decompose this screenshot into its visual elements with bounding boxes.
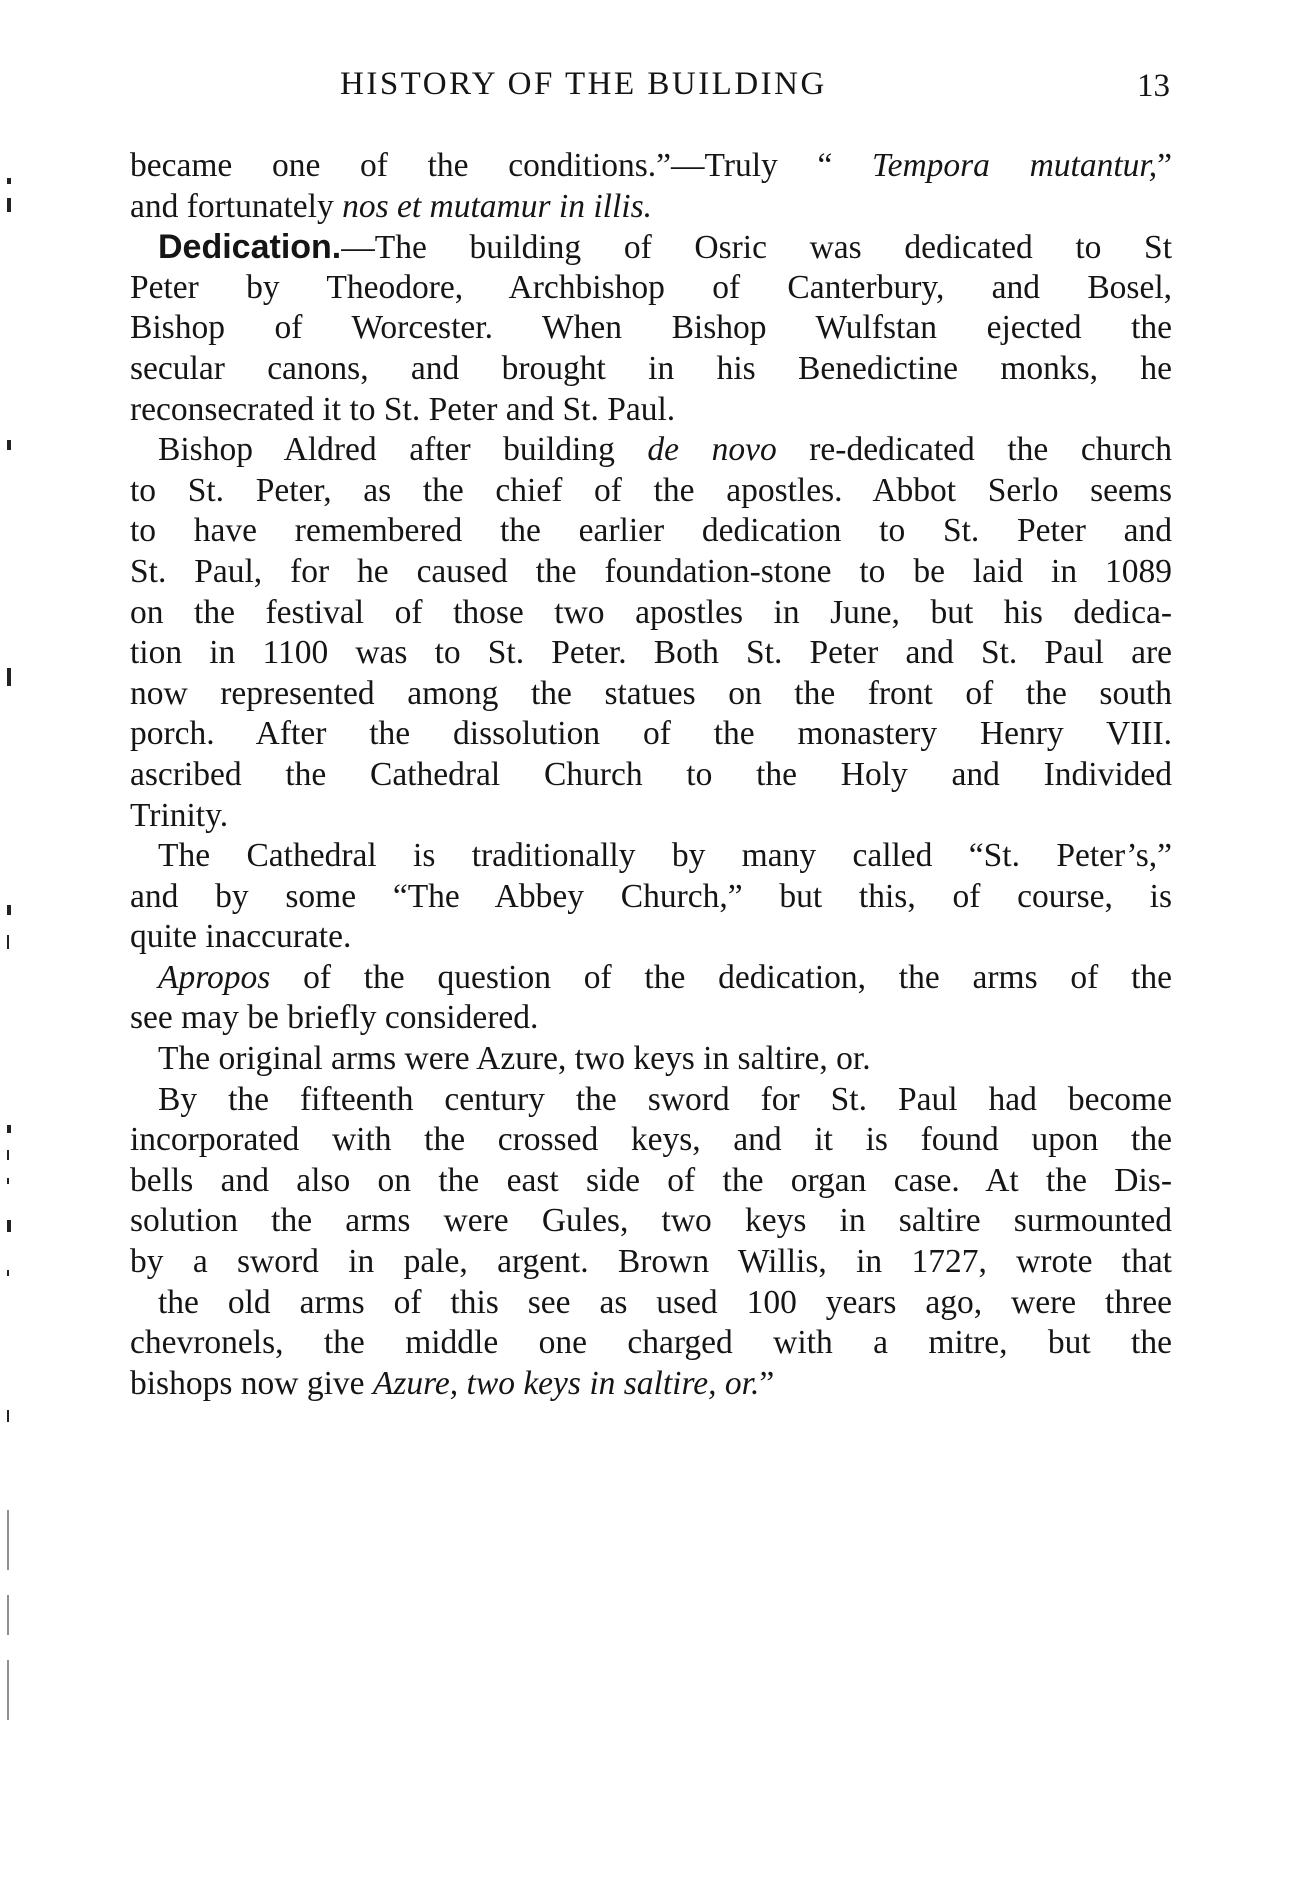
text-line: The original arms were Azure, two keys i… [130,1039,1172,1080]
text-line: incorporated with the crossed keys, and … [130,1120,1172,1161]
side-heading-dedication: Dedication. [158,228,341,266]
text-line: chevronels, the middle one charged with … [130,1323,1172,1364]
text-line: porch. After the dissolution of the mona… [130,714,1172,755]
text-line: to have remembered the earlier dedicatio… [130,511,1172,552]
text-line: solution the arms were Gules, two keys i… [130,1201,1172,1242]
text-line: and by some “The Abbey Church,” but this… [130,877,1172,918]
text-line: to St. Peter, as the chief of the apostl… [130,471,1172,512]
body-text: became one of the conditions.”—Truly “ T… [130,146,1172,1404]
text-line: St. Paul, for he caused the foundation-s… [130,552,1172,593]
text-line: Peter by Theodore, Archbishop of Canterb… [130,268,1172,309]
text-line: bells and also on the east side of the o… [130,1161,1172,1202]
text-line: By the fifteenth century the sword for S… [130,1080,1172,1121]
text-line: became one of the conditions.”—Truly “ T… [130,146,1172,187]
scan-margin-marks [0,0,20,1900]
text-line: Bishop of Worcester. When Bishop Wulfsta… [130,308,1172,349]
text-line: quite inaccurate. [130,917,1172,958]
text-line: bishops now give Azure, two keys in salt… [130,1364,1172,1405]
text-line: reconsecrated it to St. Peter and St. Pa… [130,390,1172,431]
text-line: secular canons, and brought in his Bened… [130,349,1172,390]
text-line: by a sword in pale, argent. Brown Willis… [130,1242,1172,1283]
text-line: Bishop Aldred after building de novo re-… [130,430,1172,471]
text-line: Apropos of the question of the dedicatio… [130,958,1172,999]
page-number: 13 [1137,64,1170,108]
text-line: the old arms of this see as used 100 yea… [130,1283,1172,1324]
text-line: Dedication.—The building of Osric was de… [130,227,1172,268]
text-line: now represented among the statues on the… [130,674,1172,715]
text-line: and fortunately nos et mutamur in illis. [130,187,1172,228]
text-line: see may be briefly considered. [130,998,1172,1039]
text-line: ascribed the Cathedral Church to the Hol… [130,755,1172,796]
text-line: on the festival of those two apostles in… [130,593,1172,634]
text-line: The Cathedral is traditionally by many c… [130,836,1172,877]
running-title: HISTORY OF THE BUILDING [340,62,827,106]
text-line: tion in 1100 was to St. Peter. Both St. … [130,633,1172,674]
running-header: HISTORY OF THE BUILDING 13 [130,62,1170,106]
text-line: Trinity. [130,796,1172,837]
